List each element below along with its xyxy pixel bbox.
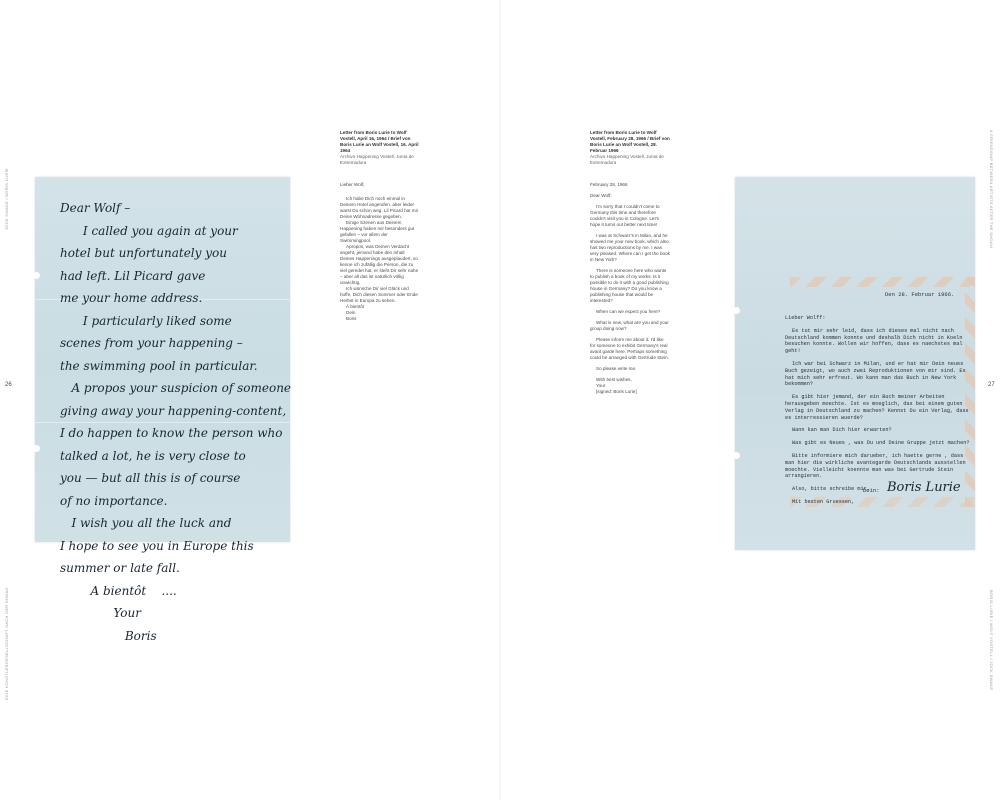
transcription-salutation: Dear Wolf: (590, 193, 670, 199)
transcription-paragraph: When can we expect you here? (590, 309, 670, 315)
running-head-left-bottom: EINE KÜNSTLERGESELLSCHAFT NACH DER SHOAH (4, 587, 9, 700)
typed-paragraph: Es tut mir sehr leid, dass ich dieses ma… (785, 328, 975, 355)
typed-paragraph: Wann kan man Dich hier erwarten? (785, 427, 975, 434)
caption-title: Letter from Boris Lurie to Wolf Vostell,… (590, 130, 670, 154)
transcription-paragraph: Einige Szenen aus Deinem Happening haben… (340, 220, 420, 244)
transcription-paragraph: Ich wünsche Dir viel Glück und hoffe, Di… (340, 286, 420, 304)
page-number-left: 26 (5, 382, 12, 388)
closing-line: [signed: Boris Lurie] (590, 389, 670, 395)
airmail-border-stripe (790, 277, 975, 287)
transcription-paragraph: Apropos, was Deinen Verdacht angeht, jem… (340, 244, 420, 286)
punch-hole (733, 452, 740, 459)
caption-title: Letter from Boris Lurie to Wolf Vostell,… (340, 130, 420, 154)
punch-hole (733, 307, 740, 314)
handwritten-text: Dear Wolf – I called you again at your h… (60, 197, 290, 647)
caption-column-1: Letter from Boris Lurie to Wolf Vostell,… (340, 130, 420, 322)
running-head-left-top: JOCK SWAKE / BORIS LURIE (4, 168, 9, 230)
transcription-paragraph: What is new, what are you and your group… (590, 320, 670, 332)
page-number-right: 27 (988, 382, 995, 388)
punch-hole (33, 445, 40, 452)
typed-date: Den 28. Februar 1966. (885, 291, 954, 298)
transcription-paragraph: There is someone here who wants to publi… (590, 268, 670, 304)
caption-source: Archivo Happening Vostell, Junta de Extr… (340, 154, 420, 166)
running-head-right-top: A FRIENDSHIP BETWEEN ARTISTS AFTER THE S… (989, 130, 994, 248)
typed-paragraph: Es gibt hier jemand, der ein Buch meiner… (785, 394, 975, 421)
transcription-date: February 28, 1966 (590, 182, 670, 188)
handwritten-letter-image: Dear Wolf – I called you again at your h… (35, 177, 290, 542)
caption-column-2: Letter from Boris Lurie to Wolf Vostell,… (590, 130, 670, 395)
transcription-salutation: Lieber Wolf, (340, 182, 420, 188)
transcription-paragraph: I'm sorry that I couldn't come to German… (590, 204, 670, 228)
typed-paragraph: Ich war bei Schwarz in Milan, und er hat… (785, 361, 975, 388)
signature: Boris Lurie (887, 480, 961, 495)
closing-line: Boris (340, 316, 420, 322)
typed-letter-image: Den 28. Februar 1966. Lieber Wolff: Es t… (735, 177, 975, 550)
caption-source: Archivo Happening Vostell, Junta de Extr… (590, 154, 670, 166)
punch-hole (33, 272, 40, 279)
transcription-paragraph: Please inform me about it. I'd like for … (590, 337, 670, 361)
transcription-paragraph: Ich habe Dich noch einmal in Deinem Hote… (340, 196, 420, 220)
typed-paragraph: Bitte informiere mich darueber, ich haet… (785, 453, 975, 480)
running-head-right-bottom: BORIS LURIE / WOLF VOSTELL / JOCK SWAKE (989, 590, 994, 690)
book-gutter (499, 0, 501, 800)
transcription-paragraph: So please write me. (590, 366, 670, 372)
transcription-paragraph: I was at Schwarz's in Milan, and he show… (590, 233, 670, 263)
typed-sign-label: Dein: (863, 487, 880, 494)
typed-paragraph: Was gibt es Neues , was Du und Deine Gru… (785, 440, 975, 447)
typed-salutation: Lieber Wolff: (785, 315, 975, 322)
typed-paragraph: Mit besten Gruessen, (785, 499, 975, 506)
